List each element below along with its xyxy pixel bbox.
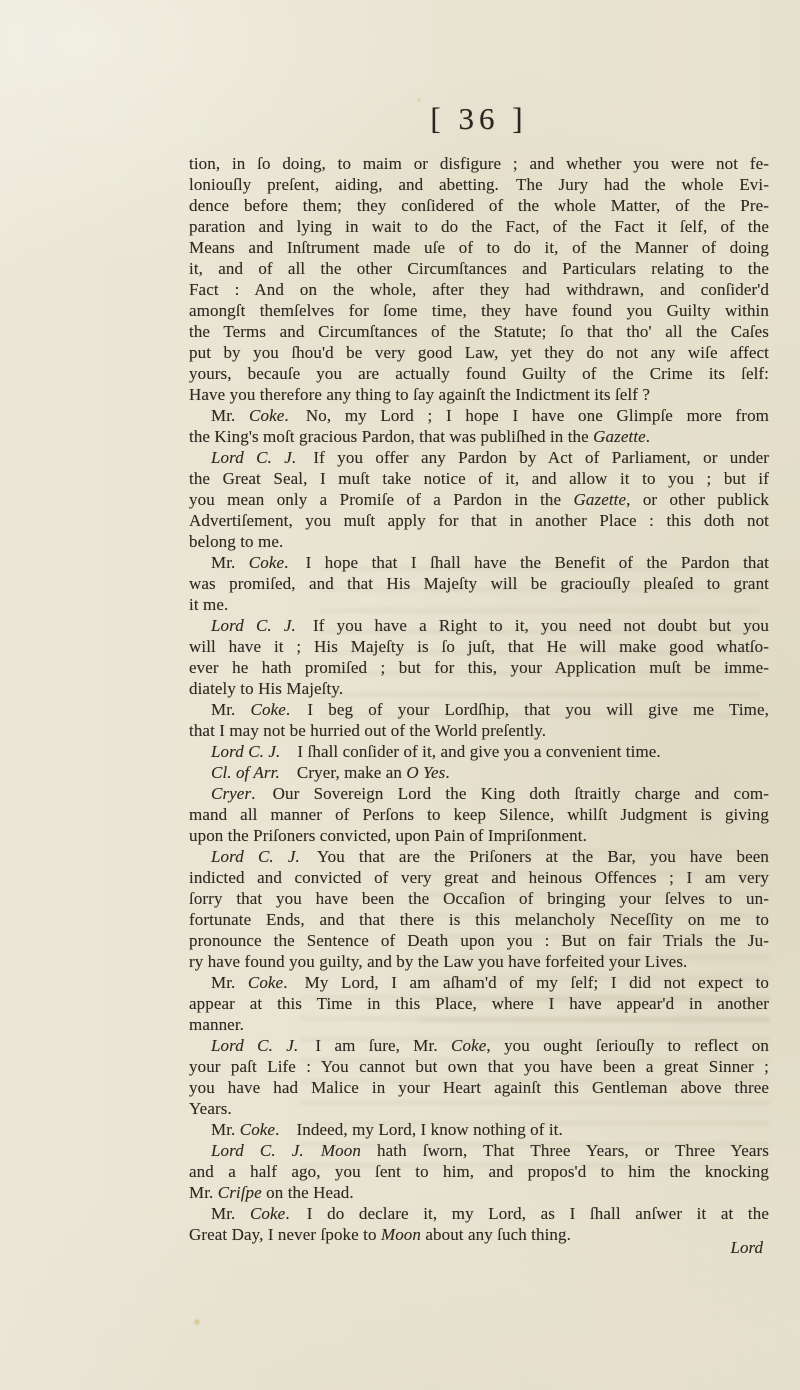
text-line: the King's moſt gracious Pardon, that wa…: [189, 426, 769, 447]
text-line: ſorry that you have been the Occaſion of…: [189, 888, 769, 909]
text-line: it, and of all the other Circumſtances a…: [189, 258, 769, 279]
text-line: Years.: [189, 1098, 769, 1119]
text-line: indicted and convicted of very great and…: [189, 867, 769, 888]
text-line: mand all manner of Perſons to keep Silen…: [189, 804, 769, 825]
text-block: [ 36 ] tion, in ſo doing, to maim or dis…: [189, 0, 769, 1390]
text-line: yours, becauſe you are actually found Gu…: [189, 363, 769, 384]
text-line: loniouſly preſent, aiding, and abetting.…: [189, 174, 769, 195]
text-line: ever he hath promiſed ; but for this, yo…: [189, 657, 769, 678]
text-line: you have had Malice in your Heart againſ…: [189, 1077, 769, 1098]
text-line: Advertiſement, you muſt apply for that i…: [189, 510, 769, 531]
text-line: your paſt Life : You cannot but own that…: [189, 1056, 769, 1077]
text-line: Have you therefore any thing to ſay agai…: [189, 384, 769, 405]
text-line: Mr. Coke. My Lord, I am aſham'd of my ſe…: [189, 972, 769, 993]
text-line: Mr. Criſpe on the Head.: [189, 1182, 769, 1203]
text-line: upon the Priſoners convicted, upon Pain …: [189, 825, 769, 846]
text-line: Mr. Coke. No, my Lord ; I hope I have on…: [189, 405, 769, 426]
text-line: ry have found you guilty, and by the Law…: [189, 951, 769, 972]
text-line: Cryer. Our Sovereign Lord the King doth …: [189, 783, 769, 804]
catchword: Lord: [189, 1237, 763, 1258]
text-line: Fact : And on the whole, after they had …: [189, 279, 769, 300]
text-line: Mr. Coke. I beg of your Lordſhip, that y…: [189, 699, 769, 720]
text-line: appear at this Time in this Place, where…: [189, 993, 769, 1014]
text-line: Lord C. J. You that are the Priſoners at…: [189, 846, 769, 867]
scanned-page: [ 36 ] tion, in ſo doing, to maim or dis…: [0, 0, 800, 1390]
text-line: Mr. Coke. Indeed, my Lord, I know nothin…: [189, 1119, 769, 1140]
text-line: belong to me.: [189, 531, 769, 552]
text-line: will have it ; His Majeſty is ſo juſt, t…: [189, 636, 769, 657]
text-line: Mr. Coke. I do declare it, my Lord, as I…: [189, 1203, 769, 1224]
text-line: the Great Seal, I muſt take notice of it…: [189, 468, 769, 489]
text-line: that I may not be hurried out of the Wor…: [189, 720, 769, 741]
text-line: Lord C. J. Moon hath ſworn, That Three Y…: [189, 1140, 769, 1161]
text-line: Lord C. J. If you have a Right to it, yo…: [189, 615, 769, 636]
text-line: tion, in ſo doing, to maim or disfigure …: [189, 153, 769, 174]
text-line: and a half ago, you ſent to him, and pro…: [189, 1161, 769, 1182]
text-line: pronounce the Sentence of Death upon you…: [189, 930, 769, 951]
text-line: Means and Inſtrument made uſe of to do i…: [189, 237, 769, 258]
text-line: you mean only a Promiſe of a Pardon in t…: [189, 489, 769, 510]
text-line: the Terms and Circumſtances of the Statu…: [189, 321, 769, 342]
text-line: dence before them; they conſidered of th…: [189, 195, 769, 216]
text-line: manner.: [189, 1014, 769, 1035]
text-line: Lord C. J. If you offer any Pardon by Ac…: [189, 447, 769, 468]
text-line: Mr. Coke. I hope that I ſhall have the B…: [189, 552, 769, 573]
page-text: tion, in ſo doing, to maim or disfigure …: [189, 153, 769, 1245]
page-number: [ 36 ]: [189, 99, 769, 139]
text-line: diately to His Majeſty.: [189, 678, 769, 699]
text-line: Cl. of Arr. Cryer, make an O Yes.: [189, 762, 769, 783]
text-line: paration and lying in wait to do the Fac…: [189, 216, 769, 237]
text-line: it me.: [189, 594, 769, 615]
text-line: Lord C. J. I ſhall conſider of it, and g…: [189, 741, 769, 762]
text-line: fortunate Ends, and that there is this m…: [189, 909, 769, 930]
text-line: amongſt themſelves for ſome time, they h…: [189, 300, 769, 321]
text-line: was promiſed, and that His Majeſty will …: [189, 573, 769, 594]
text-line: Lord C. J. I am ſure, Mr. Coke, you ough…: [189, 1035, 769, 1056]
text-line: put by you ſhou'd be very good Law, yet …: [189, 342, 769, 363]
